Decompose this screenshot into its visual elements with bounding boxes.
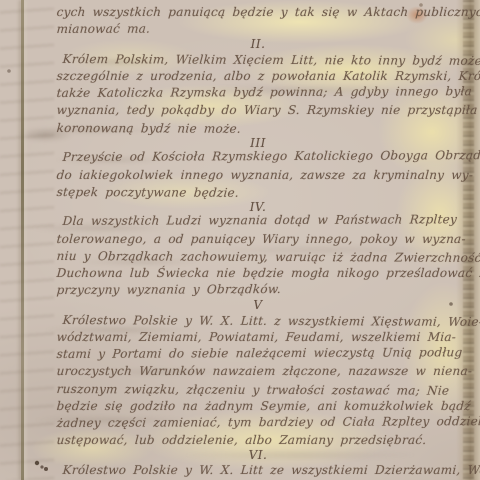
- manuscript-line: mianować ma.: [56, 19, 461, 38]
- manuscript-line: Królem Polskim, Wielkim Xięciem Litt, ni…: [56, 51, 461, 70]
- manuscript-line: żadney części zamieniać, tym bardziey od…: [56, 413, 461, 432]
- manuscript-line: będzie się godziło na żadnym Seymie, ani…: [56, 398, 461, 415]
- manuscript-line: Przeyście od Kościoła Rzymskiego Katolic…: [56, 148, 461, 167]
- section-heading-ii: II.: [56, 38, 460, 51]
- manuscript-line: Królestwo Polskie y W. X. Litt ze wszyst…: [56, 462, 461, 479]
- section-heading-v: V: [56, 299, 460, 312]
- manuscript-page: cych wszystkich panuiącą będzie y tak si…: [0, 0, 480, 480]
- manuscript-line: stami y Portami do siebie należącemi wie…: [56, 344, 461, 363]
- manuscript-line: do iakiegokolwiek innego wyznania, zawsz…: [56, 167, 461, 184]
- manuscript-line: uroczystych Warunków nawzaiem złączone, …: [56, 363, 461, 380]
- manuscript-line: także Katoliczka Rzymska bydź powinna; A…: [56, 83, 461, 102]
- manuscript-line: stępek poczytywane będzie.: [56, 184, 461, 203]
- section-heading-vi: VI.: [56, 449, 460, 462]
- manuscript-line: ruszonym związku, złączeniu y trwałości …: [56, 381, 461, 400]
- manuscript-line: tolerowanego, a od panuiącey Wiary inneg…: [56, 231, 461, 248]
- manuscript-line: wyznania, tedy pokądby do Wiary S. Rzyms…: [56, 102, 461, 119]
- bleed-through-margin: [0, 0, 54, 480]
- manuscript-line: koronowaną bydź nie może.: [56, 120, 461, 139]
- manuscript-text: cych wszystkich panuiącą będzie y tak si…: [56, 4, 460, 479]
- manuscript-line: niu y Obrządkach zachowuiemy, waruiąc iż…: [56, 248, 461, 267]
- manuscript-line: Królestwo Polskie y W. X. Litt. z wszyst…: [56, 312, 461, 331]
- ink-specks: [0, 0, 2, 2]
- manuscript-line: Dla wszystkich Ludzi wyznania dotąd w Pa…: [56, 212, 461, 231]
- manuscript-line: przyczyny wyznania y Obrządków.: [56, 280, 461, 299]
- manuscript-line: ustępować, lub oddzielenie, albo Zamiany…: [56, 432, 461, 449]
- binding-fold-line: [21, 0, 24, 480]
